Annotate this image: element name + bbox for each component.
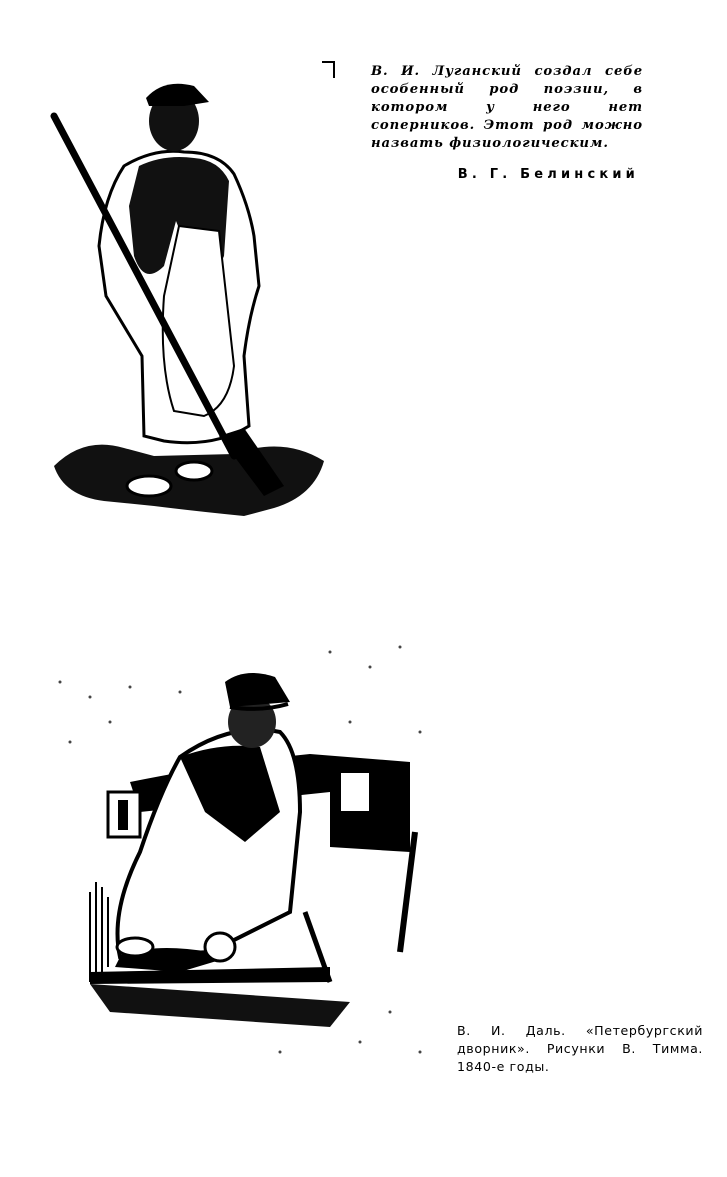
illustration-standing-dvornik <box>44 56 344 520</box>
illustration-sleeping-dvornik <box>30 612 450 1082</box>
illustration-caption: В. И. Даль. «Петербургский дворник». Рис… <box>457 1022 703 1076</box>
epigraph: В. И. Луганский создал себе особенный ро… <box>371 63 643 182</box>
sleeping-dvornik-drawing <box>30 612 450 1082</box>
epigraph-quote: В. И. Луганский создал себе особенный ро… <box>371 63 643 153</box>
book-page: В. И. Луганский создал себе особенный ро… <box>0 0 727 1177</box>
standing-dvornik-drawing <box>44 56 344 520</box>
epigraph-author: В. Г. Белинский <box>371 167 643 182</box>
